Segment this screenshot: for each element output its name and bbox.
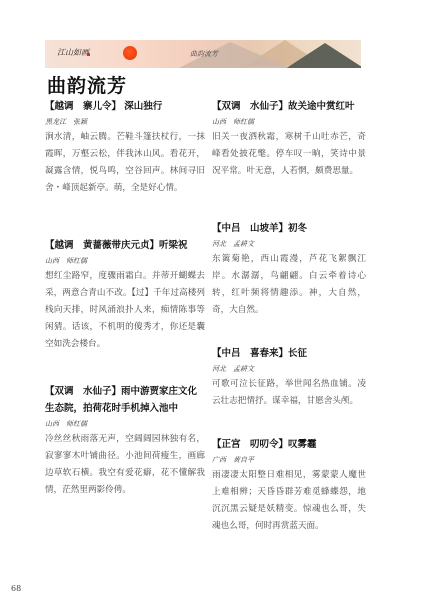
poem-body: 旧关一夜洒秋霜，寒树千山吐赤芒，奇峰看处披花氅。停车叹一晌，笑诗中景况平常。叶无… <box>212 129 366 180</box>
poem-title: 【中吕 山坡羊】初冬 <box>212 220 366 237</box>
poem-entry: 【越调 寨儿令】 深山独行 黑龙江 张颖 涧水清，岫云腾。芒鞋斗篷扶杖行，一抹霞… <box>45 98 205 197</box>
poem-title: 【双调 水仙子】故关途中赏红叶 <box>212 98 366 115</box>
poem-entry: 【中吕 喜春来】长征 河北 孟耕文 可歌可泣长征路，举世闻名热血铺。凌云壮志把情… <box>212 345 366 410</box>
left-column: 【越调 寨儿令】 深山独行 黑龙江 张颖 涧水清，岫云腾。芒鞋斗篷扶杖行，一抹霞… <box>45 98 205 499</box>
poem-title: 【正宫 叨叨令】叹雾霾 <box>212 436 366 453</box>
poem-body: 想红尘路窄，度骤雨霜白。并蒂开蝴蝶去采，两意合青山不改。【过】千年过高楼列栈向天… <box>45 268 205 353</box>
page-title: 曲韵流芳 <box>47 71 127 98</box>
banner-brand: 江山如画 <box>57 47 89 58</box>
poem-title: 【双调 水仙子】雨中游贾家庄文化生态院，拍荷花时手机掉入池中 <box>45 383 205 417</box>
sun-icon <box>123 46 137 60</box>
poem-author: 黑龙江 张颖 <box>45 115 205 129</box>
poem-author: 山西 师红儒 <box>45 254 205 268</box>
poem-body: 涧水清，岫云腾。芒鞋斗篷扶杖行，一抹霞晖，万壑云松，伴我沐山风。看花开，凝露含情… <box>45 129 205 197</box>
right-column: 【双调 水仙子】故关途中赏红叶 山西 师红儒 旧关一夜洒秋霜，寒树千山吐赤芒，奇… <box>212 98 366 535</box>
poem-author: 河北 孟耕文 <box>212 362 366 376</box>
mountain-decoration <box>285 43 361 68</box>
poem-entry: 【正宫 叨叨令】叹雾霾 广西 黄自平 雨凄凄太阳整日难相见，雾蒙蒙人魔世上难相辨… <box>212 436 366 535</box>
poem-author: 山西 师红儒 <box>212 115 366 129</box>
poem-author: 山西 师红儒 <box>45 417 205 431</box>
poem-body: 可歌可泣长征路，举世闻名热血铺。凌云壮志把情抒。谋幸福，甘愿舍头颅。 <box>212 376 366 410</box>
poem-author: 河北 孟耕文 <box>212 237 366 251</box>
header-banner: 江山如画 曲韵流芳 <box>45 40 361 68</box>
poem-title: 【越调 寨儿令】 深山独行 <box>45 98 205 115</box>
poem-body: 东篱菊艳，西山霞漫，芦花飞絮飘江岸。水潺潺，鸟翩翩。白云牵着诗心转，红叶频将情趣… <box>212 251 366 319</box>
poem-title: 【中吕 喜春来】长征 <box>212 345 366 362</box>
poem-entry: 【中吕 山坡羊】初冬 河北 孟耕文 东篱菊艳，西山霞漫，芦花飞絮飘江岸。水潺潺，… <box>212 220 366 319</box>
poem-entry: 【双调 水仙子】故关途中赏红叶 山西 师红儒 旧关一夜洒秋霜，寒树千山吐赤芒，奇… <box>212 98 366 180</box>
poem-entry: 【双调 水仙子】雨中游贾家庄文化生态院，拍荷花时手机掉入池中 山西 师红儒 冷丝… <box>45 383 205 499</box>
poem-body: 冷丝丝秋雨落无声，空阔阔园林独有名，寂寥寥木叶铺曲径。小池间荷瘦生，画廊边草软石… <box>45 431 205 499</box>
poem-title: 【越调 黄蔷薇带庆元贞】听梁祝 <box>45 237 205 254</box>
banner-subtitle: 曲韵流芳 <box>190 49 218 59</box>
poem-author: 广西 黄自平 <box>212 453 366 467</box>
poem-body: 雨凄凄太阳整日难相见，雾蒙蒙人魔世上难相辨；天昏昏群芳难觅蜂蝶怨，地沉沉黑云疑是… <box>212 467 366 535</box>
poem-entry: 【越调 黄蔷薇带庆元贞】听梁祝 山西 师红儒 想红尘路窄，度骤雨霜白。并蒂开蝴蝶… <box>45 237 205 353</box>
page-number: 68 <box>11 584 21 593</box>
seal-icon <box>87 53 90 56</box>
